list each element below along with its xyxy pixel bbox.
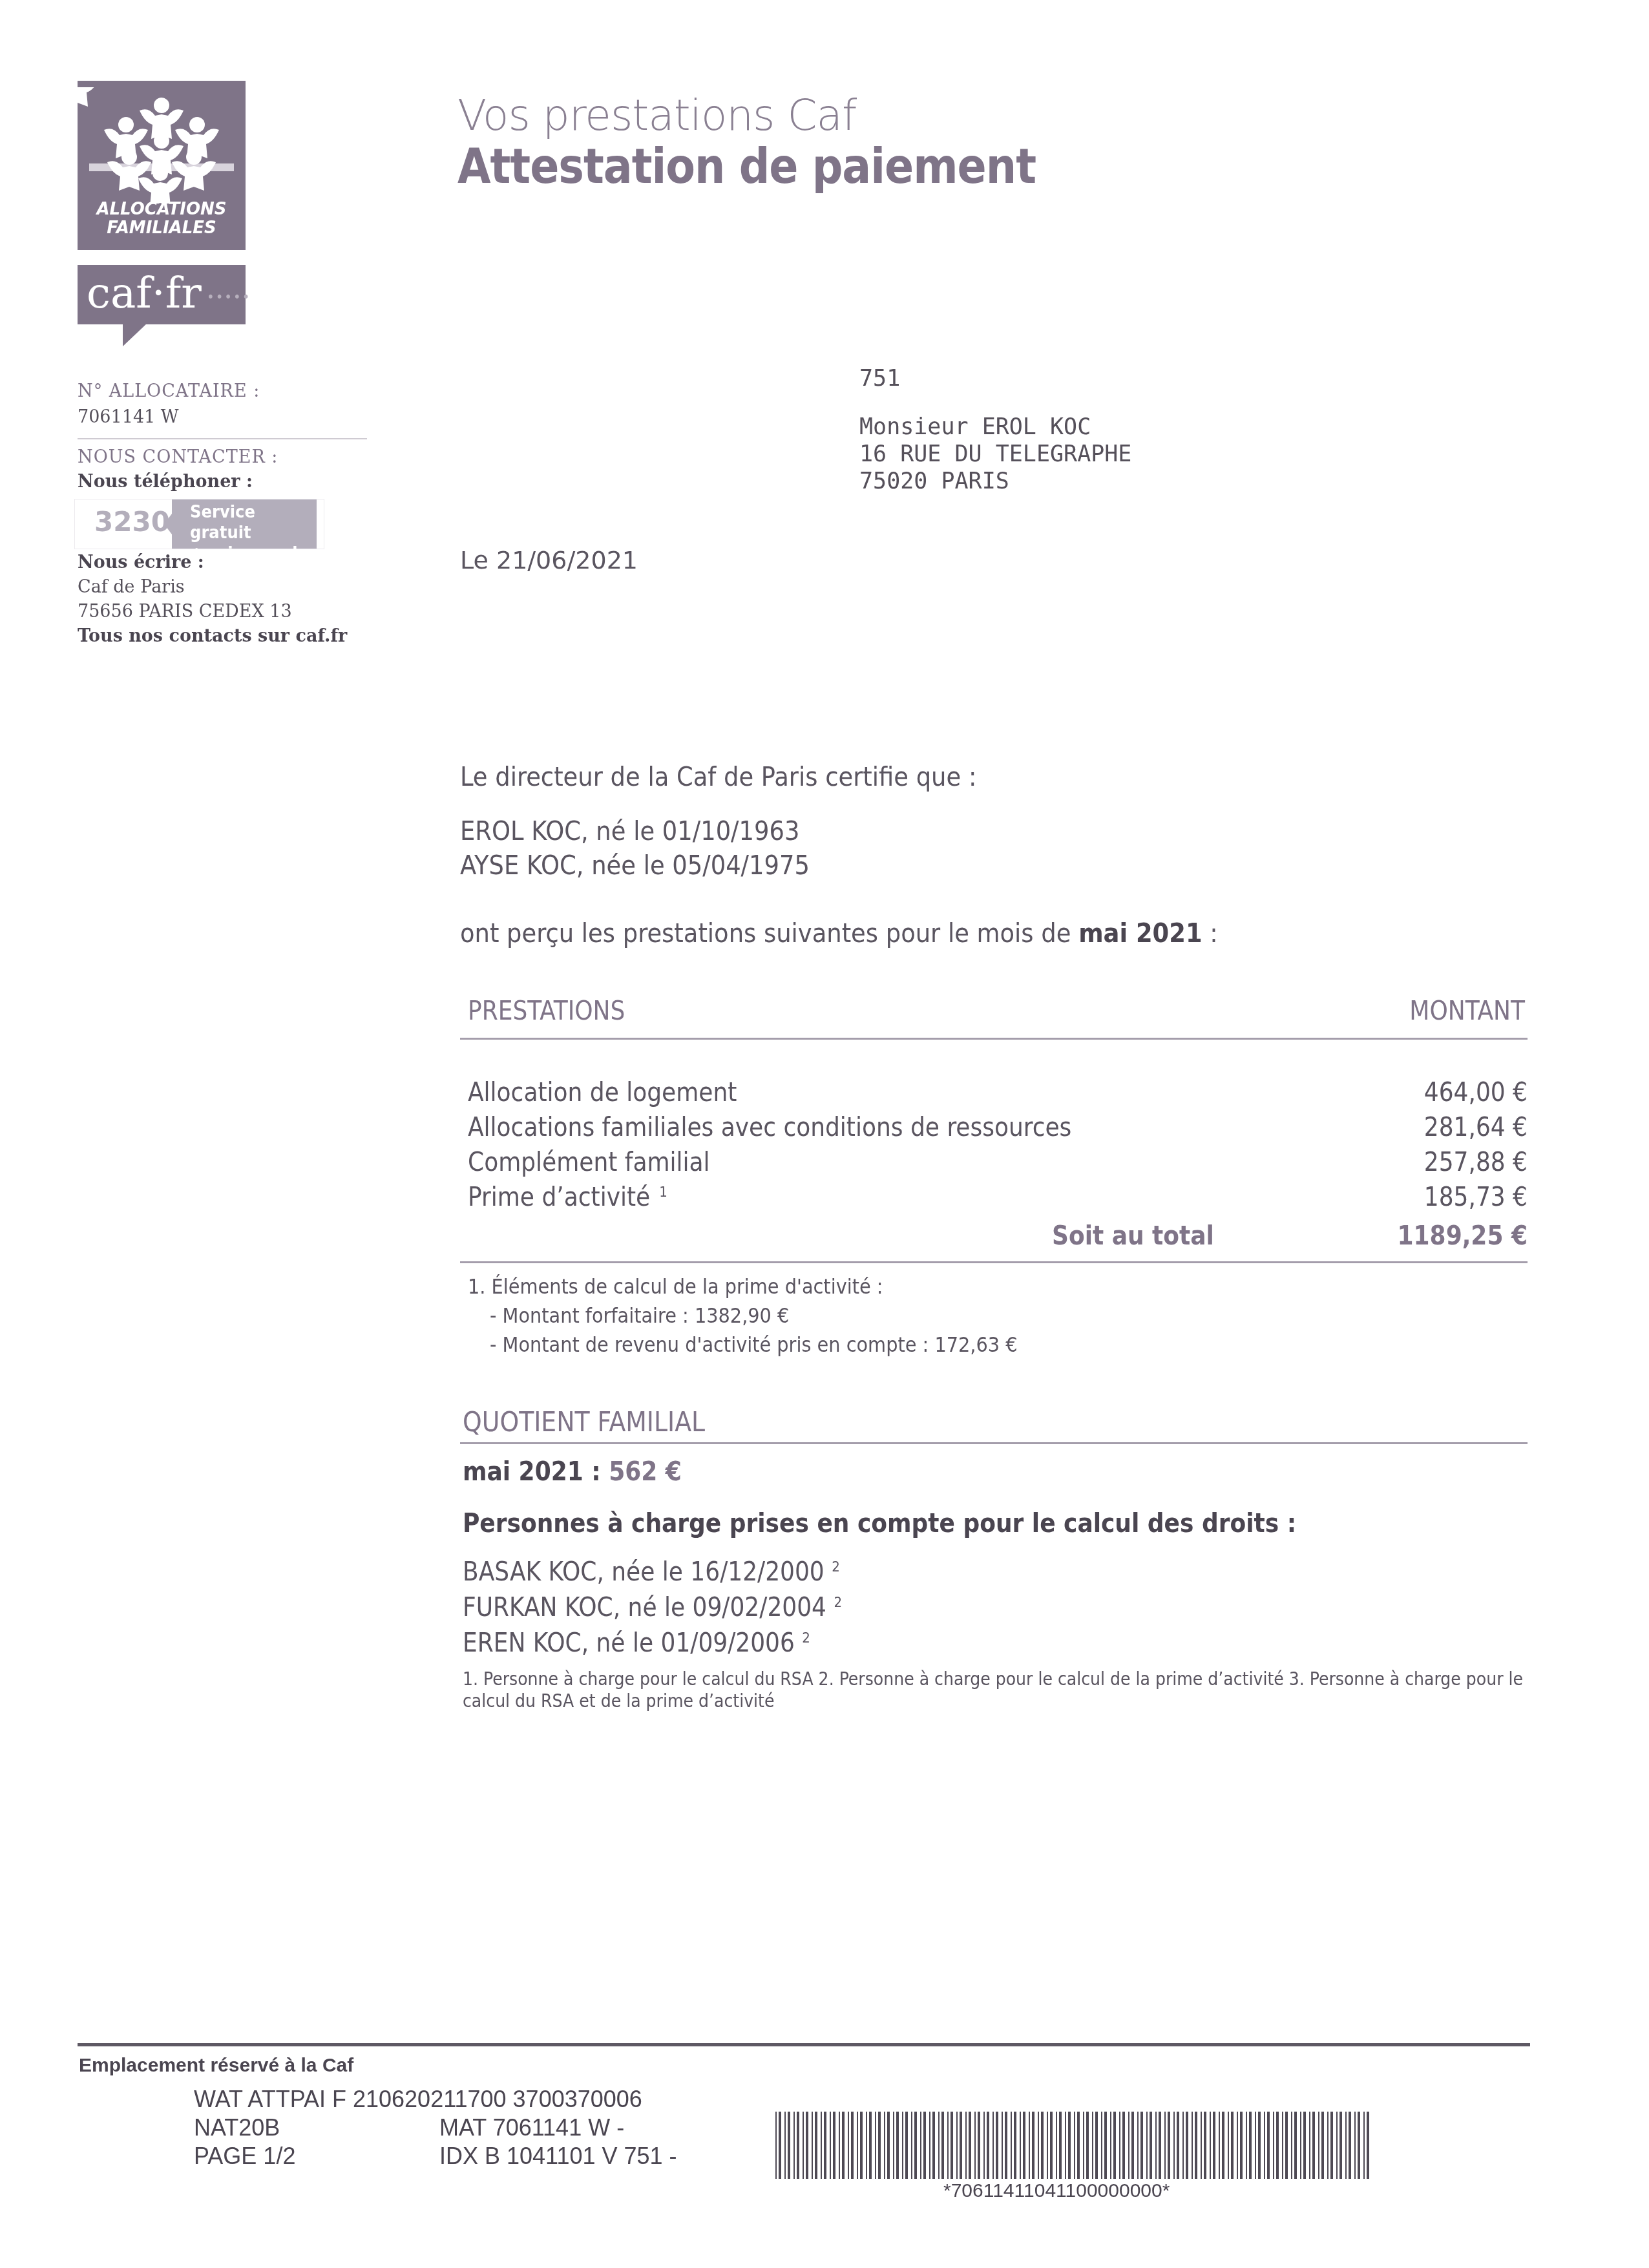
benefit-label: Complément familial [468, 1148, 710, 1177]
caf-fr-dots: ••••• [207, 289, 251, 306]
contact-label: NOUS CONTACTER : [78, 447, 278, 467]
speech-bubble-tail-icon [123, 323, 147, 346]
phone-label: Nous téléphoner : [78, 472, 253, 492]
write-address-line-2: 75656 PARIS CEDEX 13 [78, 602, 292, 622]
benefit-amount: 257,88 € [1424, 1148, 1528, 1177]
logo-org-name: ALLOCATIONS FAMILIALES [78, 200, 246, 238]
dependent-text: BASAK KOC, née le 16/12/2000 [463, 1557, 824, 1587]
received-suffix: : [1203, 918, 1218, 949]
quotient-month: mai 2021 : [463, 1457, 601, 1487]
footnote-line-2: - Montant forfaitaire : 1382,90 € [490, 1303, 789, 1328]
logo-line-2: FAMILIALES [78, 219, 246, 238]
table-row: Allocation de logement464,00 € [468, 1078, 1528, 1113]
contacts-link: Tous nos contacts sur caf.fr [78, 626, 347, 646]
letter-date: Le 21/06/2021 [460, 546, 638, 574]
recipient-name: Monsieur EROL KOC [859, 414, 1131, 441]
dependents-title: Personnes à charge prises en compte pour… [463, 1509, 1296, 1538]
quotient-title: QUOTIENT FAMILIAL [463, 1406, 705, 1438]
dependent-item: BASAK KOC, née le 16/12/2000 2 [463, 1557, 840, 1587]
logo-line-1: ALLOCATIONS [78, 200, 246, 219]
footer-divider [78, 2043, 1530, 2046]
table-header-divider [460, 1038, 1528, 1040]
benefit-label: Allocation de logement [468, 1078, 737, 1108]
write-label: Nous écrire : [78, 552, 204, 572]
benefit-label: Allocations familiales avec conditions d… [468, 1113, 1071, 1142]
caf-fr-logo: caf·fr ••••• [78, 265, 246, 324]
received-text: ont perçu les prestations suivantes pour… [460, 918, 1218, 949]
phone-tag-line-1: Service gratuit [190, 502, 317, 543]
footnote-line-3: - Montant de revenu d'activité pris en c… [490, 1332, 1018, 1357]
dependent-note-ref: 2 [834, 1595, 842, 1611]
benefit-amount: 281,64 € [1424, 1113, 1528, 1142]
table-row: Allocations familiales avec conditions d… [468, 1113, 1528, 1148]
footer-nat-code: NAT20B [194, 2114, 280, 2141]
page-subtitle: Vos prestations Caf [457, 90, 856, 140]
benefit-label: Prime d’activité [468, 1182, 650, 1212]
table-row: Complément familial257,88 € [468, 1148, 1528, 1183]
dependent-item: EREN KOC, né le 01/09/2006 2 [463, 1628, 810, 1658]
dependent-text: EREN KOC, né le 01/09/2006 [463, 1628, 795, 1658]
footer-mat-code: MAT 7061141 W - [439, 2114, 624, 2141]
benefit-amount: 185,73 € [1424, 1182, 1528, 1212]
page-title: Attestation de paiement [457, 139, 1036, 194]
certify-text: Le directeur de la Caf de Paris certifie… [460, 761, 976, 792]
column-header-benefits: PRESTATIONS [468, 996, 625, 1026]
quotient-divider [460, 1442, 1528, 1444]
total-amount: 1189,25 € [1398, 1221, 1528, 1251]
total-label: Soit au total [1052, 1221, 1214, 1251]
dependent-text: FURKAN KOC, né le 09/02/2004 [463, 1593, 826, 1622]
footnote-line-1: 1. Éléments de calcul de la prime d'acti… [468, 1274, 883, 1299]
recipient-street: 16 RUE DU TELEGRAPHE [859, 441, 1131, 468]
dependents-footnote: 1. Personne à charge pour le calcul du R… [463, 1668, 1535, 1712]
sidebar-divider [78, 438, 367, 439]
dependent-note-ref: 2 [832, 1559, 840, 1575]
arrow-icon [164, 514, 172, 534]
table-bottom-divider [460, 1261, 1528, 1263]
benefit-amount: 464,00 € [1424, 1078, 1528, 1108]
phone-pricing-tag: Service gratuit + prix appel [172, 499, 317, 549]
beneficiary-1: EROL KOC, né le 01/10/1963 [460, 815, 799, 846]
column-header-amount: MONTANT [1409, 996, 1525, 1026]
allocataire-number: 7061141 W [78, 407, 179, 427]
quotient-value: 562 € [601, 1457, 682, 1487]
caf-fr-text: caf·fr [87, 268, 202, 319]
allocataire-label: N° ALLOCATAIRE : [78, 381, 260, 401]
recipient-city: 75020 PARIS [859, 468, 1131, 495]
table-row: Prime d’activité1185,73 € [468, 1182, 1528, 1218]
dependent-note-ref: 2 [802, 1630, 810, 1646]
phone-number-box: 3230 Service gratuit + prix appel [74, 499, 324, 549]
write-address-line-1: Caf de Paris [78, 577, 185, 597]
footer-idx-code: IDX B 1041101 V 751 - [439, 2143, 677, 2170]
dependent-item: FURKAN KOC, né le 09/02/2004 2 [463, 1593, 842, 1622]
received-month: mai 2021 [1078, 918, 1202, 949]
footer-page-number: PAGE 1/2 [194, 2143, 295, 2170]
recipient-code: 751 [859, 365, 900, 392]
received-prefix: ont perçu les prestations suivantes pour… [460, 918, 1078, 949]
phone-number: 3230 [94, 506, 170, 538]
beneficiary-2: AYSE KOC, née le 05/04/1975 [460, 850, 810, 881]
phone-tag-line-2: + prix appel [190, 543, 317, 564]
recipient-address: Monsieur EROL KOC 16 RUE DU TELEGRAPHE 7… [859, 414, 1131, 495]
benefit-note-ref: 1 [659, 1184, 667, 1201]
barcode [775, 2112, 1375, 2179]
family-figures-icon [78, 87, 246, 204]
barcode-text: *70611411041100000000* [943, 2180, 1170, 2202]
caf-logo: ALLOCATIONS FAMILIALES [78, 81, 246, 250]
footer-label: Emplacement réservé à la Caf [79, 2055, 353, 2077]
quotient-value-line: mai 2021 : 562 € [463, 1457, 682, 1487]
footer-ref-line-1: WAT ATTPAI F 210620211700 3700370006 [194, 2086, 642, 2113]
